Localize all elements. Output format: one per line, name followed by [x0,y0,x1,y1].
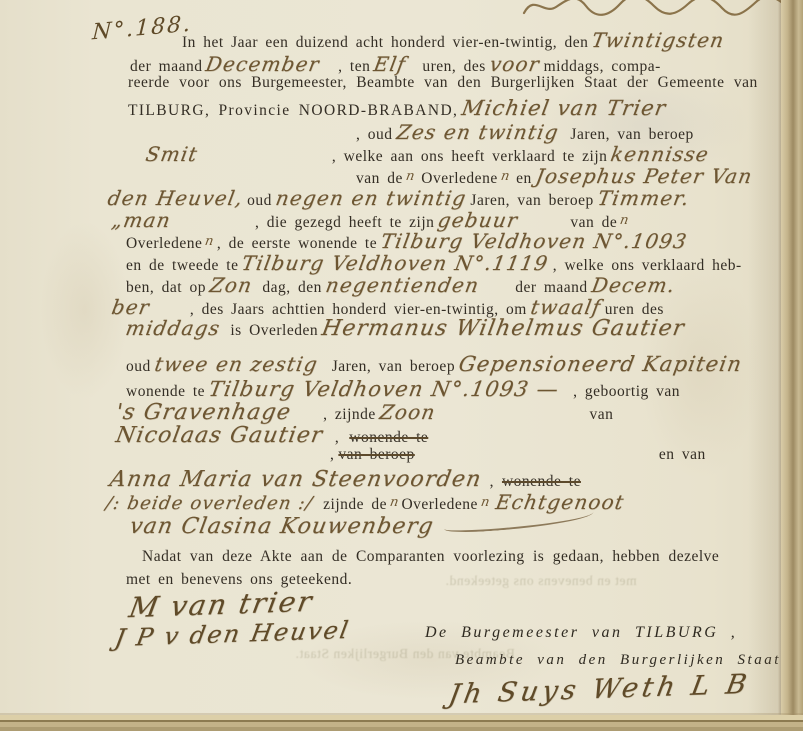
printed-text: oud [126,358,151,375]
form-line: Anna Maria van Steenvoorden , wonende te [0,467,803,492]
handwritten-text: Josephus Peter Van [534,164,755,188]
handwritten-text: Anna Maria van Steenvoorden [108,467,484,492]
struck-printed-text: van beroep [338,446,414,463]
handwritten-text: Twintigsten [590,28,727,52]
form-line: , oud Zes en twintig Jaren, van beroep [0,120,803,144]
handwritten-text: voor [488,52,542,76]
printed-text: ben, dat op [126,279,206,296]
printed-text: , [330,446,334,463]
handwritten-text: Zoon [378,400,438,424]
handwritten-text: Elf [372,52,408,76]
signature-official: Jh Suys Weth L B [446,669,753,710]
printed-text: zijnde de [323,496,387,513]
struck-printed-text: wonende te [502,473,581,490]
handwritten-text: Hermanus Wilhelmus Gautier [320,316,687,341]
inserted-letter: n [619,213,630,228]
printed-text: Jaren, van beroep [570,126,693,143]
printed-text: dag, den [262,279,322,296]
form-line: ben, dat op Zon dag, den negentienden de… [0,273,803,297]
page-fold-shadow [748,0,781,715]
death-record-sheet: met en benevens ons geteekend. Beambte v… [0,0,803,731]
printed-text: wonende te [126,383,205,400]
printed-text: Overledene [401,496,477,513]
printed-text: , welke ons verklaard heb- [553,257,742,274]
handwritten-text: Michiel van Trier [460,96,668,120]
printed-text: en van [659,446,706,463]
page-edge-right [781,0,803,715]
beambte-title-line: Beambte van den Burgerlijken Staat. [455,652,787,669]
printed-text: en [516,170,532,187]
form-line: Nicolaas Gautier , wonende te [0,423,803,448]
printed-text: middags, compa- [544,58,661,75]
printed-text: der maand [130,58,202,75]
form-line: In het Jaar een duizend acht honderd vie… [0,28,803,52]
handwritten-text: kennisse [609,142,711,166]
printed-text: , oud [356,126,393,143]
form-line: en de tweede te Tilburg Veldhoven N°.111… [0,251,803,275]
handwritten-text: van Clasina Kouwenberg [128,514,436,539]
printed-text: is Overleden [230,322,318,339]
printed-text: oud [247,192,272,209]
printed-text: , welke aan ons heeft verklaard te zijn [332,148,607,165]
printed-text: TILBURG, Provincie NOORD-BRABAND, [128,102,458,119]
handwritten-text: Zes en twintig [394,120,560,144]
form-line: van Clasina Kouwenberg [0,514,803,539]
inserted-letter: n [499,169,510,184]
handwritten-text: twee en zestig [153,352,320,376]
form-line: met en benevens ons geteekend. [0,571,803,589]
printed-text: , zijnde [323,406,376,423]
printed-text: Overledene [421,170,497,187]
burgemeester-title-line: De Burgemeester van TILBURG , [425,624,737,642]
form-line: der maand December , ten Elf uren, des v… [0,52,803,76]
form-line: van den Overledenen en Josephus Peter Va… [0,164,803,188]
handwritten-text: negentienden [324,273,482,297]
handwritten-text: /: beide overleden :/ [104,493,315,514]
handwritten-text: Timmer. [596,186,692,210]
handwritten-text: Gepensioneerd Kapitein [457,352,744,376]
form-line: Nadat van deze Akte aan de Comparanten v… [0,548,803,566]
handwritten-text: Nicolaas Gautier [114,423,325,448]
form-line: Overledenen, de eerste wonende te Tilbur… [0,229,803,253]
handwritten-text: Tilburg Veldhoven N°.1119 [240,251,550,275]
form-line: middags is Overleden Hermanus Wilhelmus … [0,316,803,341]
printed-text: uren, des [422,58,485,75]
printed-text: van [589,406,613,423]
printed-text: , ten [338,58,370,75]
printed-text: Jaren, van beroep [470,192,593,209]
form-line: oud twee en zestig Jaren, van beroep Gep… [0,352,803,376]
form-line: wonende te Tilburg Veldhoven N°.1093 — ,… [0,377,803,401]
form-line: TILBURG, Provincie NOORD-BRABAND, Michie… [0,96,803,120]
handwritten-text: 's Gravenhage [114,400,294,425]
handwritten-text: negen en twintig [274,186,469,210]
printed-text: van de [356,170,403,187]
inserted-letter: n [204,234,215,249]
form-line: Smit , welke aan ons heeft verklaard te … [0,142,803,166]
inserted-letter: n [480,495,491,510]
form-line: , van beroep en van [0,446,803,464]
handwritten-text: den Heuvel, [106,186,245,210]
printed-text: , [490,473,494,490]
handwritten-text: Zon [208,273,255,297]
printed-text: Nadat van deze Akte aan de Comparanten v… [142,548,719,565]
printed-text: , geboortig van [573,383,680,400]
printed-text: Overledene [126,235,202,252]
inserted-letter: n [389,495,400,510]
struck-printed-text: wonende te [349,429,428,446]
printed-text: der maand [515,279,587,296]
handwritten-text: Tilburg Veldhoven N°.1093 — [207,377,561,401]
printed-text: , [335,429,339,446]
printed-text: Jaren, van beroep [332,358,455,375]
handwritten-text: Smit [144,142,200,166]
printed-text: , de eerste wonende te [217,235,377,252]
form-line: den Heuvel, oud negen en twintig Jaren, … [0,186,803,210]
form-line: 's Gravenhage , zijnde Zoon van [0,400,803,425]
printed-text: In het Jaar een duizend acht honderd vie… [182,34,588,51]
printed-text: met en benevens ons geteekend. [126,571,352,588]
printed-text: reerde voor ons Burgemeester, Beambte va… [128,74,758,91]
handwritten-text: Tilburg Veldhoven N°.1093 [379,229,689,253]
handwritten-text: Decem. [590,273,678,297]
page-edge-bottom [0,713,803,731]
printed-text: en de tweede te [126,257,238,274]
inserted-letter: n [405,169,416,184]
form-line: /: beide overleden :/ zijnde denOverlede… [0,490,803,514]
handwritten-text: middags [124,316,223,340]
form-line: reerde voor ons Burgemeester, Beambte va… [0,74,803,92]
handwritten-text: December [204,52,322,76]
